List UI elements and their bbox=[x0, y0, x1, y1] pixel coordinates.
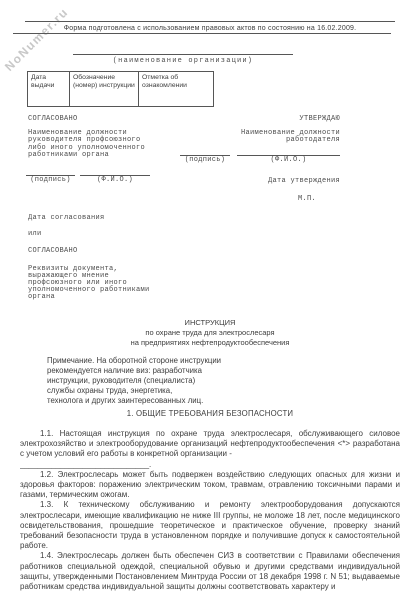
union-name-caption: (Ф.И.О.) bbox=[80, 175, 150, 184]
paragraph-1-4: 1.4. Электрослесарь должен быть обеспече… bbox=[20, 551, 400, 592]
paragraph-1-1: 1.1. Настоящая инструкция по охране труд… bbox=[20, 429, 400, 460]
union-signature-row: (подпись) (Ф.И.О.) bbox=[26, 175, 150, 184]
prepared-notice-text: Форма подготовлена с использованием прав… bbox=[25, 22, 395, 33]
organization-name-line: (наименование организации) bbox=[73, 54, 293, 65]
note-block: Примечание. На оборотной стороне инструк… bbox=[47, 356, 221, 406]
approve-label: УТВЕРЖДАЮ bbox=[186, 116, 340, 123]
agreed-label-2: СОГЛАСОВАНО bbox=[28, 248, 78, 255]
approval-date-label: Дата утверждения bbox=[186, 178, 340, 185]
agreement-date-label: Дата согласования bbox=[28, 215, 105, 222]
paragraph-1-2: 1.2. Электрослесарь может быть подвержен… bbox=[20, 470, 400, 501]
employer-name-caption: (Ф.И.О.) bbox=[237, 155, 340, 164]
prepared-notice-block: Форма подготовлена с использованием прав… bbox=[25, 21, 395, 33]
notice-bottom-rule bbox=[13, 33, 391, 34]
issue-table-col-number: Обозначение (номер) инструкции bbox=[70, 72, 139, 107]
stamp-label: М.П. bbox=[298, 196, 316, 203]
issue-table-col-ack: Отметка об ознакомлении bbox=[139, 72, 214, 107]
employer-signature-caption: (подпись) bbox=[180, 155, 230, 164]
signature-gap bbox=[230, 155, 237, 164]
fill-in-line: _____________________________. bbox=[20, 460, 400, 470]
section-1-heading: 1. ОБЩИЕ ТРЕБОВАНИЯ БЕЗОПАСНОСТИ bbox=[0, 409, 420, 418]
organization-name-caption: (наименование организации) bbox=[73, 55, 293, 65]
site-watermark: NoNumer.ru bbox=[2, 5, 71, 74]
section-1-body: 1.1. Настоящая инструкция по охране труд… bbox=[20, 429, 400, 598]
employer-position-lines: Наименование должности работодателя bbox=[186, 130, 340, 145]
or-label: или bbox=[28, 231, 42, 238]
doc-requisites-lines: Реквизиты документа, выражающего мнение … bbox=[28, 266, 150, 301]
union-signature-caption: (подпись) bbox=[26, 175, 75, 184]
document-page: NoNumer.ru Форма подготовлена с использо… bbox=[0, 0, 420, 600]
union-position-lines: Наименование должности руководителя проф… bbox=[28, 130, 145, 160]
employer-signature-row: (подпись) (Ф.И.О.) bbox=[180, 155, 340, 164]
issue-table-header-row: Дата выдачи Обозначение (номер) инструкц… bbox=[28, 72, 214, 107]
agreed-label: СОГЛАСОВАНО bbox=[28, 116, 78, 123]
document-title: ИНСТРУКЦИЯ по охране труда для электросл… bbox=[0, 318, 420, 348]
paragraph-1-3: 1.3. К техническому обслуживанию и ремон… bbox=[20, 500, 400, 551]
issue-table-col-date: Дата выдачи bbox=[28, 72, 70, 107]
issue-table: Дата выдачи Обозначение (номер) инструкц… bbox=[27, 71, 214, 107]
